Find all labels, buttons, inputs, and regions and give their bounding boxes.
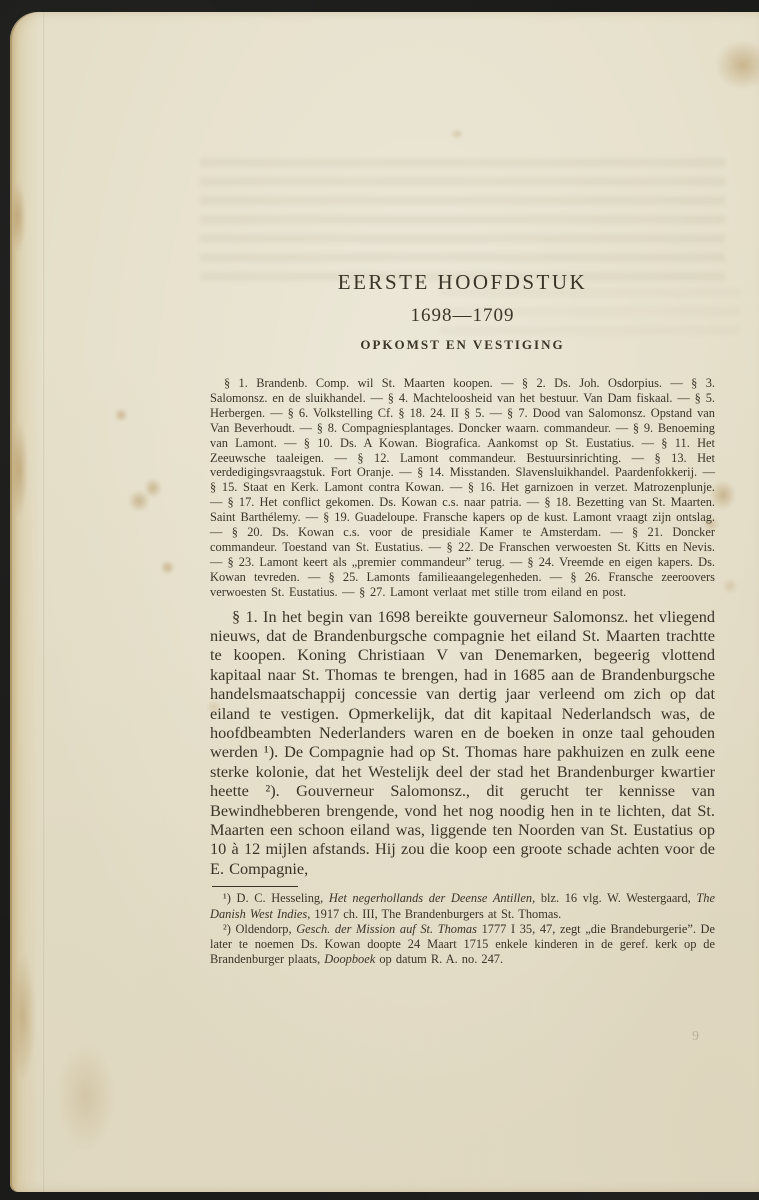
footnote-separator bbox=[212, 886, 298, 887]
paper-stain bbox=[160, 560, 175, 575]
paper-stain bbox=[10, 182, 26, 252]
paper-stain bbox=[722, 578, 738, 594]
chapter-years: 1698—1709 bbox=[210, 304, 715, 327]
paper-stain bbox=[56, 1042, 116, 1152]
chapter-heading: EERSTE HOOFDSTUK bbox=[210, 270, 715, 295]
book-page: EERSTE HOOFDSTUK 1698—1709 OPKOMST EN VE… bbox=[10, 12, 759, 1192]
scan-background: EERSTE HOOFDSTUK 1698—1709 OPKOMST EN VE… bbox=[0, 0, 759, 1200]
paper-stain bbox=[10, 952, 36, 1082]
footnote: ²) Oldendorp, Gesch. der Mission auf St.… bbox=[210, 922, 715, 968]
paper-stain bbox=[715, 40, 759, 90]
faint-page-number: 9 bbox=[692, 1029, 699, 1045]
page-crease bbox=[43, 12, 45, 1192]
chapter-subtitle: OPKOMST EN VESTIGING bbox=[210, 337, 715, 353]
body-paragraph: § 1. In het begin van 1698 bereikte gouv… bbox=[210, 607, 715, 879]
footnote: ¹) D. C. Hesseling, Het negerhollands de… bbox=[210, 891, 715, 922]
paper-stain bbox=[450, 128, 464, 140]
footnotes: ¹) D. C. Hesseling, Het negerhollands de… bbox=[210, 891, 715, 967]
paper-stain bbox=[10, 422, 28, 517]
paper-stain bbox=[144, 478, 162, 498]
bleedthrough-text bbox=[200, 152, 725, 282]
text-block: EERSTE HOOFDSTUK 1698—1709 OPKOMST EN VE… bbox=[210, 270, 715, 968]
chapter-summary: § 1. Brandenb. Comp. wil St. Maarten koo… bbox=[210, 376, 715, 600]
paper-stain bbox=[114, 408, 128, 422]
